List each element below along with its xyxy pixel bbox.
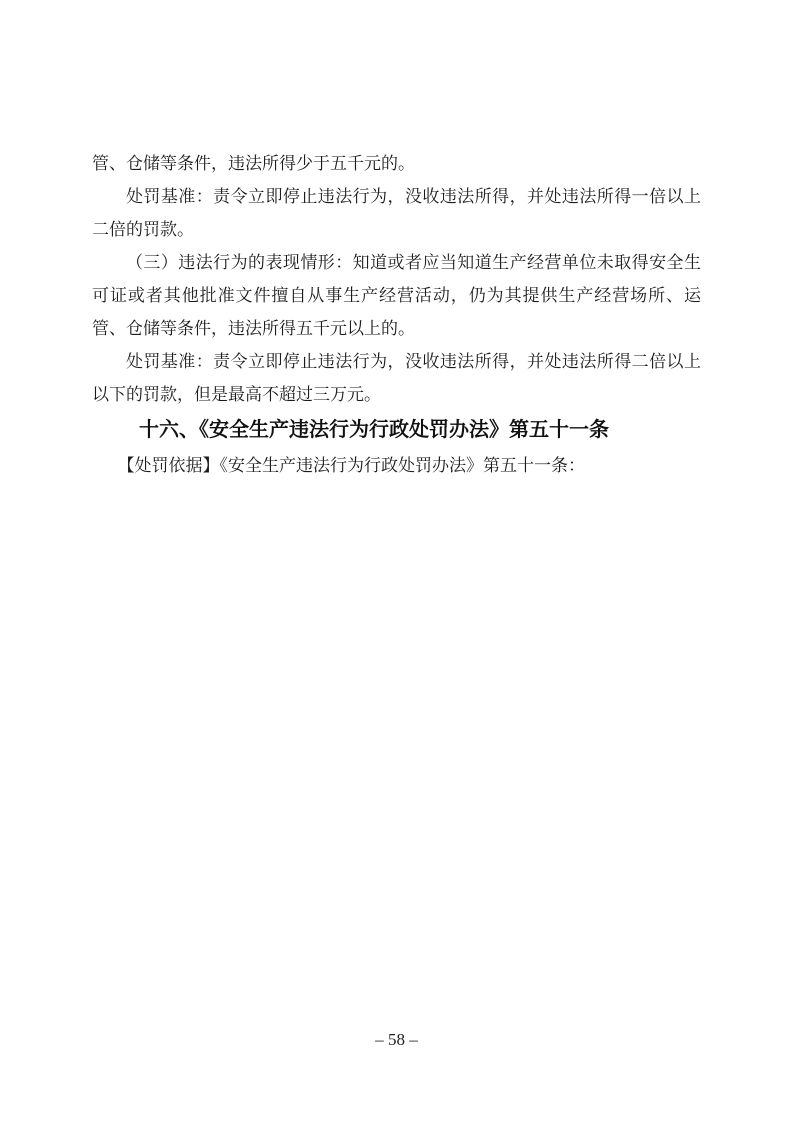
penalty-basis-line: 【处罚依据】《安全生产违法行为行政处罚办法》第五十一条： — [92, 449, 701, 482]
body-line: 以下的罚款，但是最高不超过三万元。 — [92, 378, 701, 411]
page-number: – 58 – — [0, 1026, 793, 1054]
section-heading: 十六、《安全生产违法行为行政处罚办法》第五十一条 — [92, 411, 701, 449]
body-line: 二倍的罚款。 — [92, 213, 701, 246]
document-body: 管、仓储等条件，违法所得少于五千元的。 处罚基准：责令立即停止违法行为，没收违法… — [92, 147, 701, 482]
body-line: 管、仓储等条件，违法所得五千元以上的。 — [92, 312, 701, 345]
body-line: 可证或者其他批准文件擅自从事生产经营活动，仍为其提供生产经营场所、运输、保 — [92, 279, 701, 312]
body-line: 处罚基准：责令立即停止违法行为，没收违法所得，并处违法所得一倍以上少于 — [92, 180, 701, 213]
body-line: 管、仓储等条件，违法所得少于五千元的。 — [92, 147, 701, 180]
body-line: （三）违法行为的表现情形：知道或者应当知道生产经营单位未取得安全生产许 — [92, 246, 701, 279]
document-page: 管、仓储等条件，违法所得少于五千元的。 处罚基准：责令立即停止违法行为，没收违法… — [0, 0, 793, 1122]
body-line: 处罚基准：责令立即停止违法行为，没收违法所得，并处违法所得二倍以上三倍 — [92, 345, 701, 378]
